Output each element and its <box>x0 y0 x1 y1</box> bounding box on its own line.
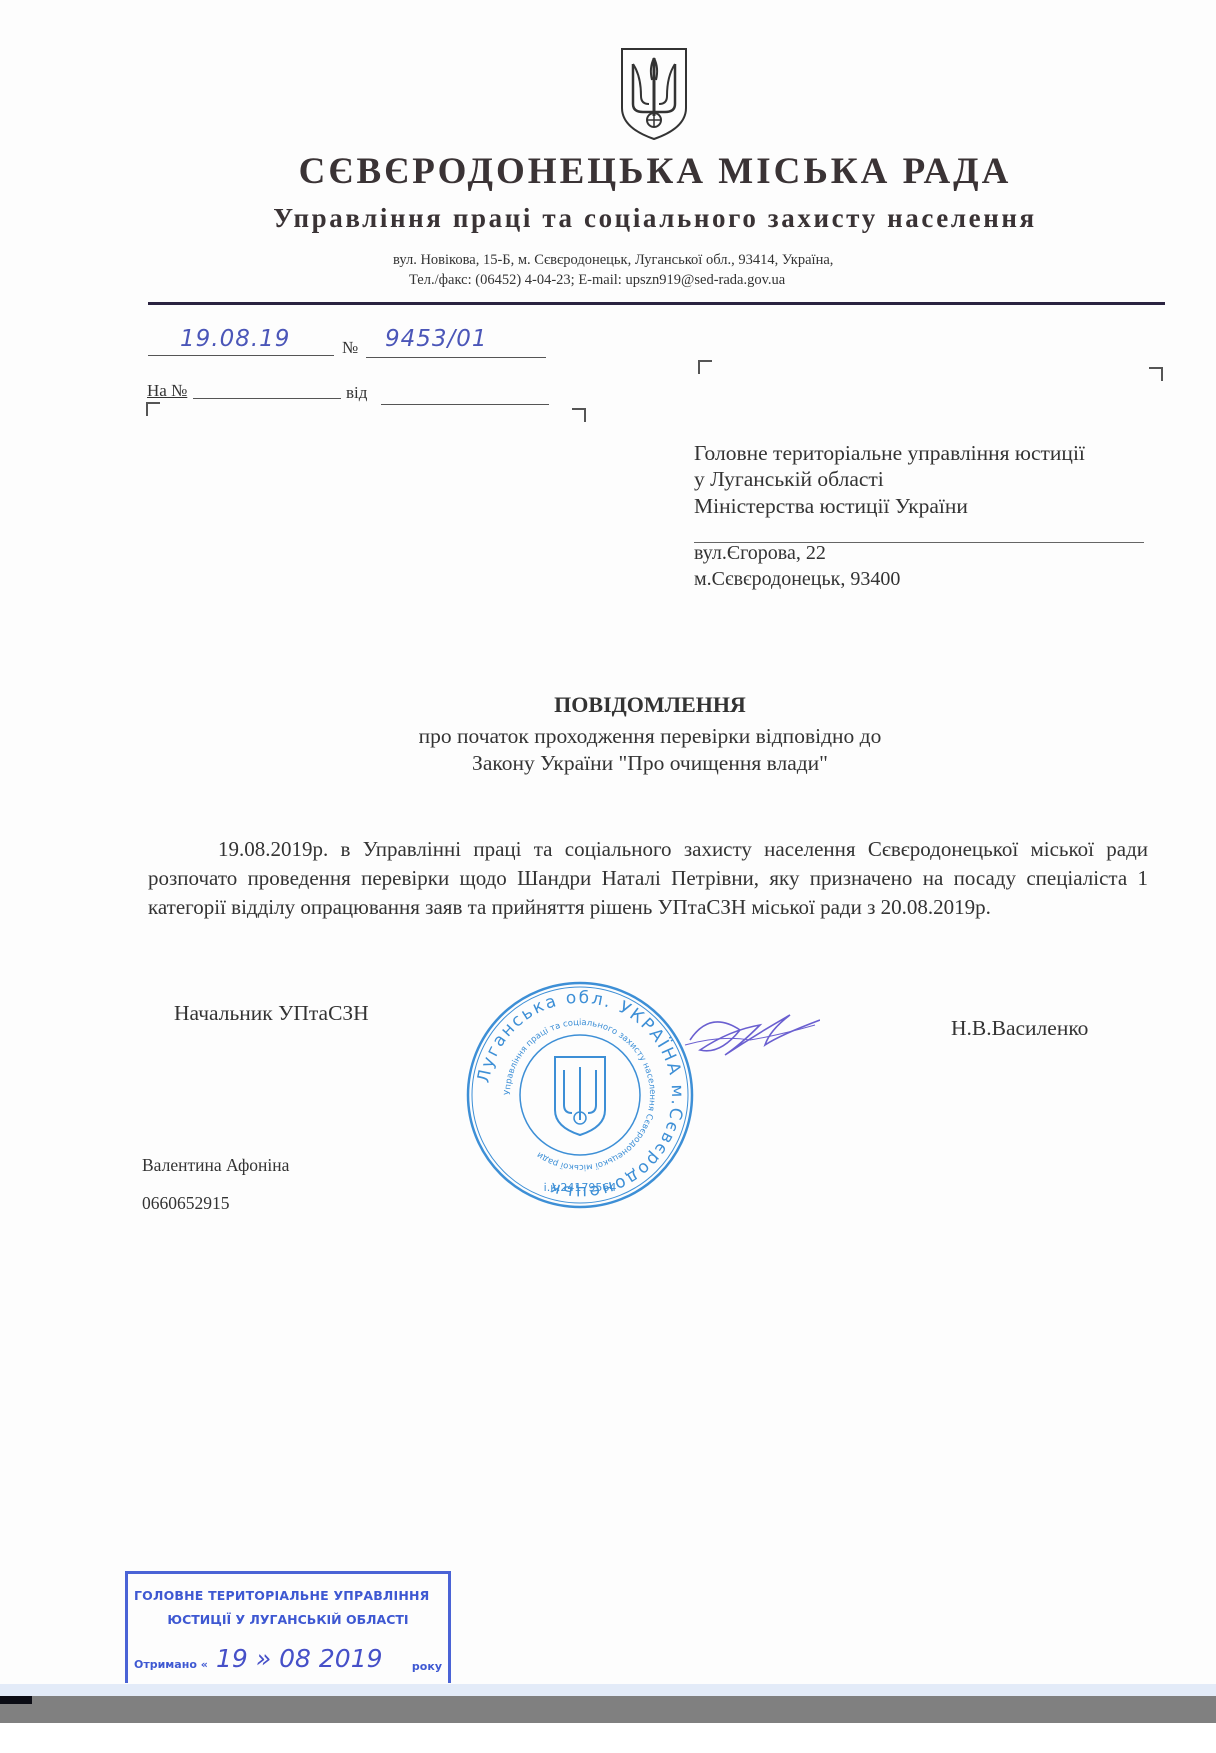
viewer-bottom-bar <box>0 1696 1216 1723</box>
letterhead-divider <box>148 302 1165 305</box>
recipient-street: вул.Єгорова, 22 <box>694 542 826 565</box>
from-underline <box>381 404 549 405</box>
signer-position: Начальник УПтаСЗН <box>174 1001 369 1026</box>
viewer-bar-marker <box>0 1696 32 1704</box>
organization-title: СЄВЄРОДОНЕЦЬКА МІСЬКА РАДА <box>0 150 1216 193</box>
scan-edge-band <box>0 1684 1216 1696</box>
notice-title: ПОВІДОМЛЕННЯ <box>0 692 1216 718</box>
signer-name: Н.В.Василенко <box>951 1016 1088 1041</box>
official-round-seal: Луганська обл. УКРАЇНА м.Сєвєродонецьк У… <box>460 975 700 1215</box>
address-bracket-right <box>572 408 586 422</box>
date-underline <box>148 355 334 356</box>
handwritten-signature <box>680 1000 820 1070</box>
reply-to-label: На № <box>147 381 187 401</box>
executor-phone: 0660652915 <box>142 1193 230 1214</box>
address-bracket-left <box>146 402 160 416</box>
letterhead-address: вул. Новікова, 15-Б, м. Сєвєродонецьк, Л… <box>393 252 833 269</box>
executor-name: Валентина Афоніна <box>142 1155 289 1176</box>
department-subtitle: Управління праці та соціального захисту … <box>0 203 1216 234</box>
recipient-line: Міністерства юстиції України <box>694 494 968 519</box>
stamp-received-label: Отримано « <box>134 1658 208 1671</box>
recipient-city: м.Сєвєродонецьк, 93400 <box>694 568 900 591</box>
recipient-bracket-left <box>698 360 712 374</box>
stamp-line2: ЮСТИЦІЇ У ЛУГАНСЬКІЙ ОБЛАСТІ <box>128 1612 448 1627</box>
document-page: СЄВЄРОДОНЕЦЬКА МІСЬКА РАДА Управління пр… <box>0 0 1216 1684</box>
stamp-line1: ГОЛОВНЕ ТЕРИТОРІАЛЬНЕ УПРАВЛІННЯ <box>134 1588 430 1603</box>
number-underline <box>366 357 546 358</box>
stamp-received-date: 19 » 08 2019 <box>216 1644 383 1673</box>
stamp-year-suffix: року <box>412 1660 442 1673</box>
received-stamp: ГОЛОВНЕ ТЕРИТОРІАЛЬНЕ УПРАВЛІННЯ ЮСТИЦІЇ… <box>125 1571 451 1683</box>
notice-body: 19.08.2019р. в Управлінні праці та соціа… <box>148 835 1148 922</box>
notice-subtitle: про початок проходження перевірки відпов… <box>0 724 1216 749</box>
recipient-line: у Луганській області <box>694 467 884 492</box>
svg-text:і.к.24179564: і.к.24179564 <box>544 1181 617 1194</box>
recipient-bracket-right <box>1149 367 1163 381</box>
recipient-line: Головне територіальне управління юстиції <box>694 441 1085 466</box>
reply-to-underline <box>193 398 341 399</box>
notice-subtitle-law: Закону України "Про очищення влади" <box>0 751 1216 776</box>
from-label: від <box>346 383 367 403</box>
outgoing-date: 19.08.19 <box>180 326 290 352</box>
ukraine-trident-icon <box>619 46 689 142</box>
outgoing-number: 9453/01 <box>385 326 488 352</box>
number-label: № <box>342 338 358 358</box>
notice-body-paragraph: 19.08.2019р. в Управлінні праці та соціа… <box>148 835 1148 922</box>
letterhead-contacts: Тел./факс: (06452) 4-04-23; E-mail: upsz… <box>409 272 785 289</box>
